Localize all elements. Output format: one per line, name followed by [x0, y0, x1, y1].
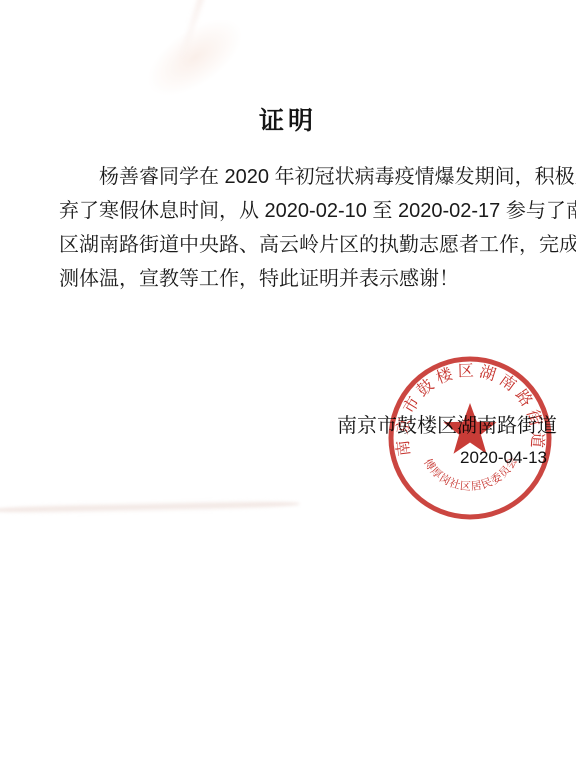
issuer-signature: 南京市鼓楼区湖南路街道 [337, 409, 557, 438]
body-line: 测体温，宣教等工作，特此证明并表示感谢！ [59, 262, 517, 296]
body-line: 弃了寒假休息时间，从 2020-02-10 至 2020-02-17 参与了南京… [59, 194, 517, 228]
body-line: 杨善睿同学在 2020 年初冠状病毒疫情爆发期间，积极主动地放 [59, 160, 517, 194]
scan-smudge [134, 3, 256, 111]
scanned-certificate-page: { "page": { "background_color": "#ffffff… [0, 0, 576, 768]
scan-crease-bottom [0, 499, 300, 515]
issue-date: 2020-04-13 [460, 448, 547, 468]
official-seal-stamp: 南京市鼓楼区湖南路街道 傅厚岗社区居民委员会 [385, 353, 555, 523]
body-line: 区湖南路街道中央路、高云岭片区的执勤志愿者工作，完成了为居民 [59, 228, 517, 262]
scan-crease-top [177, 0, 204, 63]
certificate-body: 杨善睿同学在 2020 年初冠状病毒疫情爆发期间，积极主动地放 弃了寒假休息时间… [59, 160, 517, 296]
seal-ring [391, 359, 549, 517]
page-title: 证明 [0, 101, 576, 137]
